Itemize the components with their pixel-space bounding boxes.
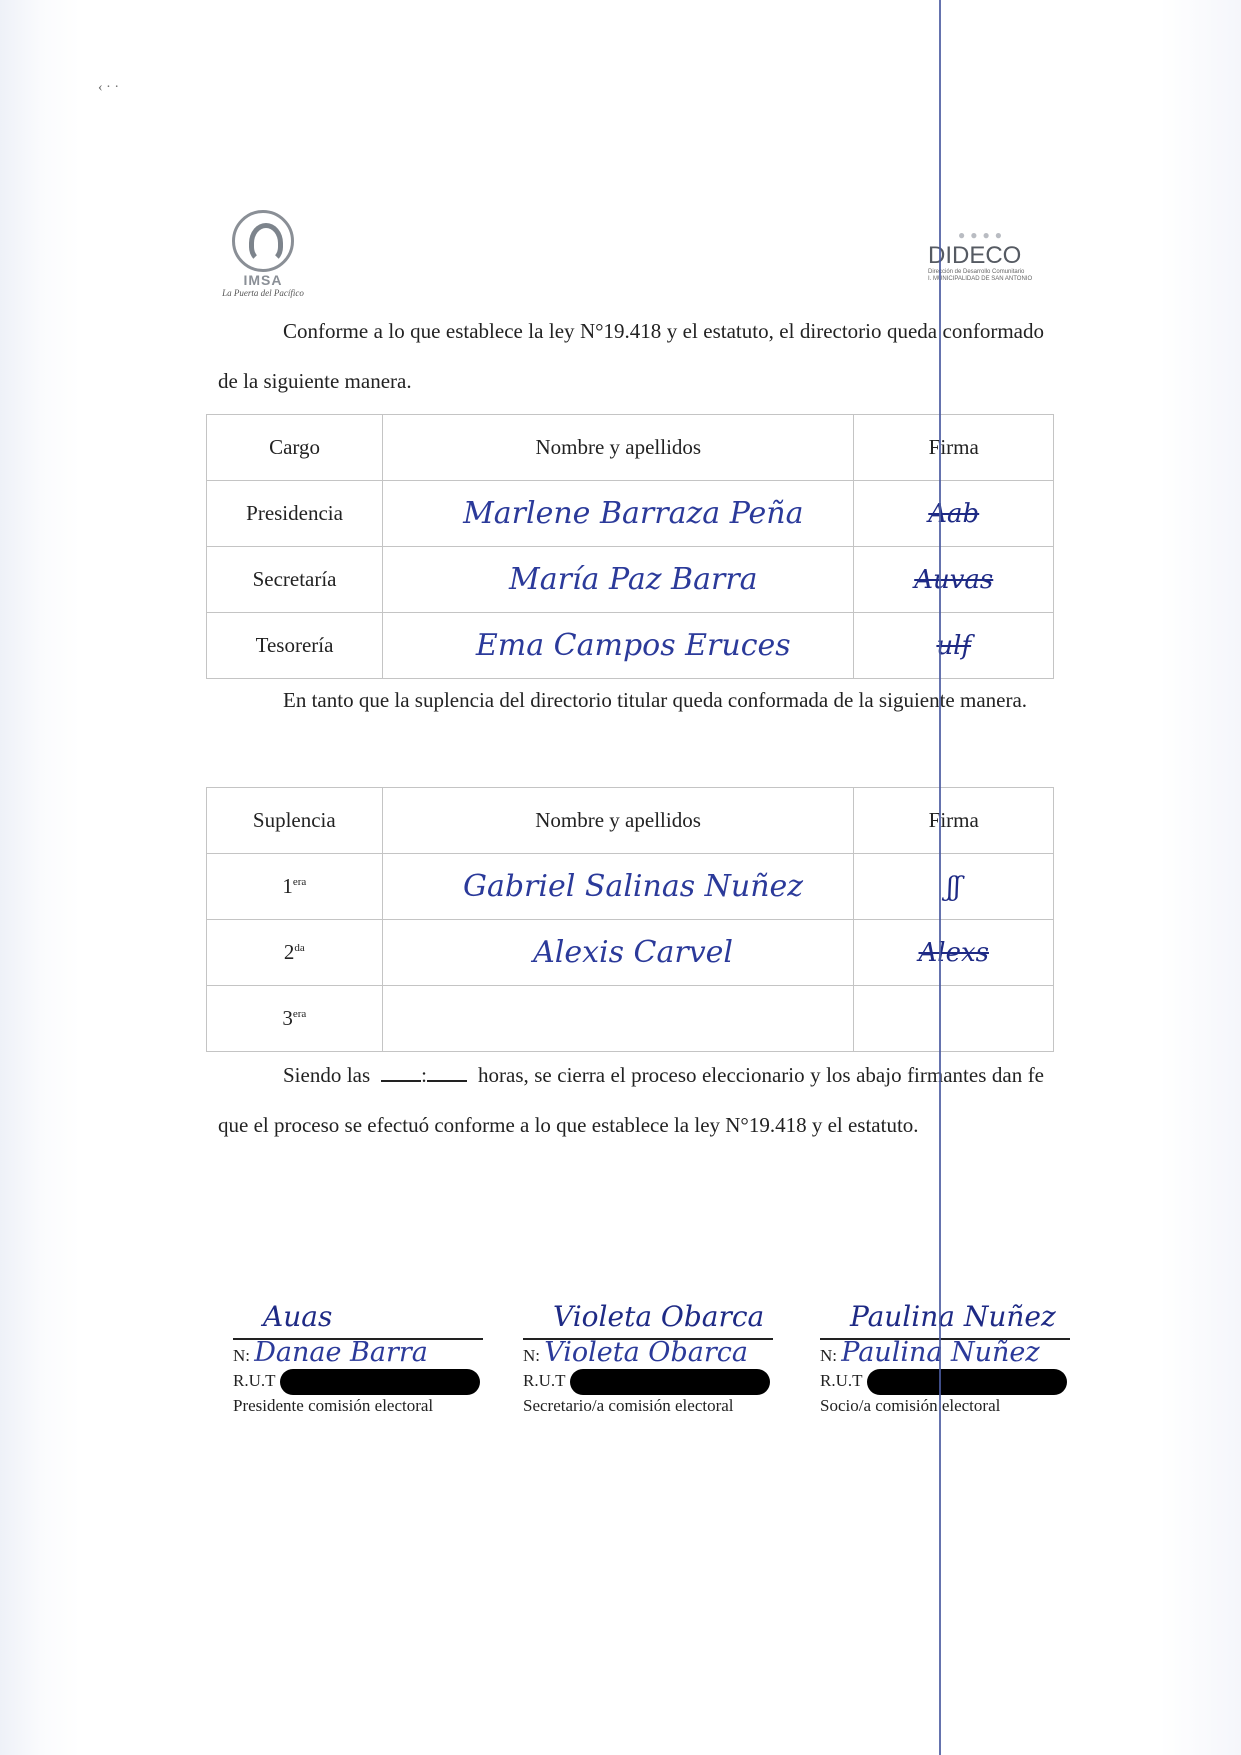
imsa-emblem-icon	[232, 210, 294, 272]
cargo-cell: Presidencia	[207, 481, 383, 547]
minute-blank	[427, 1062, 467, 1082]
scan-artifact-line	[939, 0, 941, 1755]
header-firma: Firma	[854, 415, 1054, 481]
hour-blank	[381, 1062, 421, 1082]
table-header-row: Suplencia Nombre y apellidos Firma	[207, 788, 1054, 854]
signature-cell: ʃʃ	[854, 854, 1054, 920]
signature-block-socio: Paulina Nuñez N: Paulina Nuñez R.U.T Soc…	[820, 1300, 1080, 1417]
scanned-page: ‹ · · IMSA La Puerta del Pacífico ● ● ● …	[0, 0, 1241, 1755]
signer-role: Secretario/a comisión electoral	[523, 1395, 783, 1417]
table-row: Presidencia Marlene Barraza Peña Aab	[207, 481, 1054, 547]
signature-cell: Aab	[854, 481, 1054, 547]
header-suplencia: Suplencia	[207, 788, 383, 854]
signature-cell: Alexs	[854, 920, 1054, 986]
signature-cell: ulf	[854, 613, 1054, 679]
signature-cell: Auvas	[854, 547, 1054, 613]
intro-paragraph: Conforme a lo que establece la ley N°19.…	[218, 306, 1044, 406]
redaction-bar	[280, 1369, 480, 1395]
handwritten-name: María Paz Barra	[383, 547, 854, 613]
signature-block-presidente: Auas N: Danae Barra R.U.T Presidente com…	[233, 1300, 493, 1417]
suplencia-order: 1era	[207, 854, 383, 920]
header-nombre: Nombre y apellidos	[382, 788, 854, 854]
header-cargo: Cargo	[207, 415, 383, 481]
handwritten-name: Marlene Barraza Peña	[383, 481, 854, 547]
signature-block-secretario: Violeta Obarca N: Violeta Obarca R.U.T S…	[523, 1300, 783, 1417]
suplencia-paragraph: En tanto que la suplencia del directorio…	[218, 675, 1044, 725]
table-row: 2da Alexis Carvel Alexs	[207, 920, 1054, 986]
signer-name: Violeta Obarca	[544, 1337, 748, 1368]
imsa-logo-tagline: La Puerta del Pacífico	[218, 288, 308, 298]
scan-speck: ‹ · ·	[98, 80, 119, 96]
redaction-bar	[570, 1369, 770, 1395]
handwritten-name: Alexis Carvel	[382, 920, 854, 986]
closing-paragraph: Siendo las : horas, se cierra el proceso…	[218, 1050, 1044, 1150]
table-header-row: Cargo Nombre y apellidos Firma	[207, 415, 1054, 481]
redaction-bar	[867, 1369, 1067, 1395]
cargo-cell: Tesorería	[207, 613, 383, 679]
table-row: Secretaría María Paz Barra Auvas	[207, 547, 1054, 613]
dideco-subtitle-2: I. MUNICIPALIDAD DE SAN ANTONIO	[928, 276, 1038, 283]
header-nombre: Nombre y apellidos	[383, 415, 854, 481]
dideco-dots-icon: ● ● ● ●	[928, 228, 1038, 243]
header-firma: Firma	[854, 788, 1054, 854]
handwritten-name: Gabriel Salinas Nuñez	[382, 854, 854, 920]
signer-name: Danae Barra	[254, 1337, 428, 1368]
suplencia-table: Suplencia Nombre y apellidos Firma 1era …	[206, 787, 1054, 1052]
suplencia-order: 3era	[207, 986, 383, 1052]
signature-scribble: Auas	[233, 1300, 493, 1338]
handwritten-name	[382, 986, 854, 1052]
signature-cell	[854, 986, 1054, 1052]
signature-scribble: Violeta Obarca	[523, 1300, 783, 1338]
table-row: 1era Gabriel Salinas Nuñez ʃʃ	[207, 854, 1054, 920]
signer-role: Presidente comisión electoral	[233, 1395, 493, 1417]
cargo-cell: Secretaría	[207, 547, 383, 613]
directorio-table: Cargo Nombre y apellidos Firma Presidenc…	[206, 414, 1054, 679]
suplencia-order: 2da	[207, 920, 383, 986]
handwritten-name: Ema Campos Eruces	[383, 613, 854, 679]
table-row: 3era	[207, 986, 1054, 1052]
dideco-subtitle-1: Dirección de Desarrollo Comunitario	[928, 269, 1038, 276]
signature-scribble: Paulina Nuñez	[820, 1300, 1080, 1338]
imsa-logo: IMSA La Puerta del Pacífico	[218, 210, 308, 310]
imsa-logo-name: IMSA	[218, 272, 308, 288]
table-row: Tesorería Ema Campos Eruces ulf	[207, 613, 1054, 679]
signer-role: Socio/a comisión electoral	[820, 1395, 1080, 1417]
dideco-logo-name: DIDECO	[928, 243, 1038, 269]
dideco-logo: ● ● ● ● DIDECO Dirección de Desarrollo C…	[928, 228, 1038, 283]
